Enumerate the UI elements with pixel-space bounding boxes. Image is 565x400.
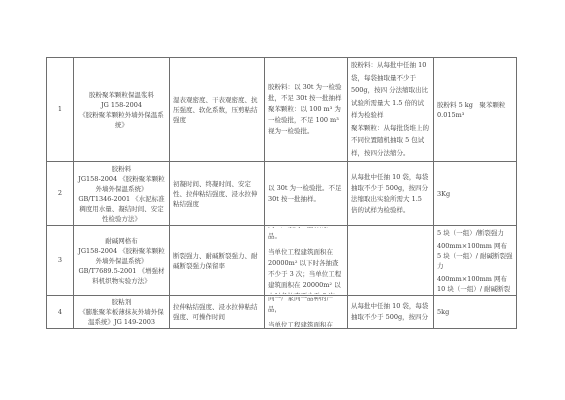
cell-material: 耐碱网格布 JG158-2004 《胶粉聚苯颗粒外墙外保温系统》 GB/T768…	[74, 226, 170, 296]
cell-row-no: 2	[47, 162, 74, 226]
batch-rule-text: 以 30t 为一检验批。不足 30t 按一批抽样。	[268, 183, 344, 205]
document-page: 1 胶粉聚苯颗粒保温浆料 JG 158-2004 《胶粉聚苯颗粒外墙外保温系统》…	[0, 0, 565, 400]
row-number: 4	[50, 308, 70, 317]
cell-sample-quantity: 5kg	[434, 296, 517, 329]
material-line: 胶粉聚苯颗粒保温浆料	[77, 90, 166, 100]
batch-rule-text: 聚苯颗粒：以 100 m³ 为一检验批，不足 100 m³ 视为一检验批。	[268, 104, 344, 137]
sampling-text: 从每批中任抽 10 袋，每袋抽取不少于 500g，按四分法缩取出实验所需大 1.…	[351, 172, 430, 216]
table-row: 1 胶粉聚苯颗粒保温浆料 JG 158-2004 《胶粉聚苯颗粒外墙外保温系统》…	[47, 58, 517, 162]
batch-rule-text: 同一厂家同一品种的产品。	[268, 227, 344, 242]
material-line: 胶粘剂	[77, 297, 166, 307]
cell-test-items: 湿表观密度、干表观密度、抗压强度、软化系数，压剪粘结强度	[170, 58, 265, 162]
batch-rule-text: 同一厂家同一品种的产品，	[268, 297, 344, 315]
cell-batch-rule: 同一厂家同一品种的产品， 当单位工程建筑面积在	[265, 296, 348, 329]
cell-batch-rule: 以 30t 为一检验批。不足 30t 按一批抽样。	[265, 162, 348, 226]
material-line: JG 158-2004	[77, 100, 166, 110]
material-line: JG158-2004 《胶粉聚苯颗粒外墙外保温系统》	[77, 246, 166, 266]
test-items-text: 断裂强力、耐碱断裂强力、耐碱断裂强力保留率	[173, 251, 261, 271]
cell-test-items: 初凝时间、终凝时间、安定性、拉伸粘结强度、浸水拉伸粘结强度	[170, 162, 265, 226]
cell-sampling-method: 从每批中任抽 10 袋，每袋抽取不少于 500g，按四分法缩取出实验所需大 1.…	[348, 162, 434, 226]
batch-rule-text: 胶粉料：以 30t 为一检验批，不足 30t 按一批抽样	[268, 82, 344, 104]
quantity-text: 400mm×100mm 网布 5 块（一组）/断裂强力	[437, 227, 513, 238]
quantity-text: 400mm×100mm 网布 5 块（一组）/ 耐碱断裂强力	[437, 241, 513, 271]
cell-sample-quantity: 胶粉料 5 kg 聚苯颗粒 0.015m³	[434, 58, 517, 162]
cell-material: 胶粉料 JG158-2004 《胶粉聚苯颗粒外墙外保温系统》 GB/T1346-…	[74, 162, 170, 226]
inspection-table: 1 胶粉聚苯颗粒保温浆料 JG 158-2004 《胶粉聚苯颗粒外墙外保温系统》…	[46, 57, 517, 329]
sampling-text: 聚苯颗粒：从每批货堆上的不同位置随机抽取 5 包试样，按四分法缩分。	[351, 122, 430, 160]
cell-row-no: 4	[47, 296, 74, 329]
row-number: 3	[50, 256, 70, 265]
material-line: 《胶粉聚苯颗粒外墙外保温系统》	[77, 110, 166, 130]
table-row: 4 胶粘剂 《膨胀聚苯板薄抹灰外墙外保温系统》JG 149-2003 拉伸粘结强…	[47, 296, 517, 329]
table-row: 3 耐碱网格布 JG158-2004 《胶粉聚苯颗粒外墙外保温系统》 GB/T7…	[47, 226, 517, 296]
material-line: 《膨胀聚苯板薄抹灰外墙外保温系统》JG 149-2003	[77, 307, 166, 327]
material-line: 耐碱网格布	[77, 236, 166, 246]
row-number: 2	[50, 189, 70, 198]
sampling-text: 胶粉料：从每批中任抽 10 袋，每袋抽取量不少于 500g，按四 分法缩取出比试…	[351, 59, 430, 122]
quantity-text: 400mm×100mm 网布 10 块（一组）/ 耐碱断裂强力保留率	[437, 274, 513, 295]
row-number: 1	[50, 105, 70, 114]
table-row: 2 胶粉料 JG158-2004 《胶粉聚苯颗粒外墙外保温系统》 GB/T134…	[47, 162, 517, 226]
batch-rule-text: 当单位工程建筑面积在	[268, 320, 344, 327]
batch-rule-text: 当单位工程建筑面积在 20000m² 以下时各抽查不少于 3 次；当单位工程建筑…	[268, 247, 344, 295]
test-items-text: 拉伸粘结强度、浸水拉伸粘结强度、可操作时间	[173, 302, 261, 322]
quantity-text: 5kg	[437, 307, 513, 317]
sampling-text: 从每批中任抽 10 袋，每袋抽取不少于 500g，按四分	[351, 301, 430, 323]
material-line: GB/T1346-2001 《水泥标准稠度用水量、凝结时间、安定性检验方法》	[77, 194, 166, 224]
test-items-text: 初凝时间、终凝时间、安定性、拉伸粘结强度、浸水拉伸粘结强度	[173, 179, 261, 209]
material-line: JG158-2004 《胶粉聚苯颗粒外墙外保温系统》	[77, 174, 166, 194]
cell-sample-quantity: 3Kg	[434, 162, 517, 226]
cell-batch-rule: 胶粉料：以 30t 为一检验批，不足 30t 按一批抽样 聚苯颗粒：以 100 …	[265, 58, 348, 162]
quantity-text: 3Kg	[437, 189, 513, 199]
cell-row-no: 3	[47, 226, 74, 296]
material-line: GB/T7689.5-2001 《增强材料机织物实验方法》	[77, 266, 166, 286]
cell-sampling-method: 从每批中任抽 10 袋，每袋抽取不少于 500g，按四分	[348, 296, 434, 329]
cell-material: 胶粉聚苯颗粒保温浆料 JG 158-2004 《胶粉聚苯颗粒外墙外保温系统》	[74, 58, 170, 162]
material-line: 胶粉料	[77, 164, 166, 174]
cell-material: 胶粘剂 《膨胀聚苯板薄抹灰外墙外保温系统》JG 149-2003	[74, 296, 170, 329]
cell-sample-quantity: 400mm×100mm 网布 5 块（一组）/断裂强力 400mm×100mm …	[434, 226, 517, 296]
test-items-text: 湿表观密度、干表观密度、抗压强度、软化系数，压剪粘结强度	[173, 95, 261, 125]
cell-row-no: 1	[47, 58, 74, 162]
cell-sampling-method: 胶粉料：从每批中任抽 10 袋，每袋抽取量不少于 500g，按四 分法缩取出比试…	[348, 58, 434, 162]
cell-test-items: 拉伸粘结强度、浸水拉伸粘结强度、可操作时间	[170, 296, 265, 329]
cell-batch-rule: 同一厂家同一品种的产品。 当单位工程建筑面积在 20000m² 以下时各抽查不少…	[265, 226, 348, 296]
quantity-text: 胶粉料 5 kg 聚苯颗粒 0.015m³	[437, 100, 513, 120]
cell-test-items: 断裂强力、耐碱断裂强力、耐碱断裂强力保留率	[170, 226, 265, 296]
cell-sampling-method	[348, 226, 434, 296]
